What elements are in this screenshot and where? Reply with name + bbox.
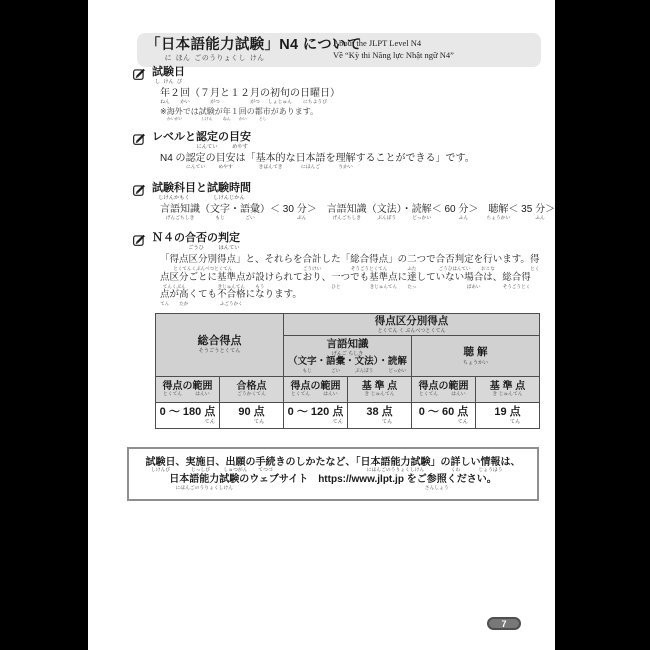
section-pass-fail: Ｎ４の合否ごうひの判定はんてい 「得点区分別得点とくてんくぶんべつとくてん」と、… [133, 232, 541, 307]
page: 「日に本ほん語ご能力のうりょく試し験けん」N4 について About the J… [88, 0, 555, 650]
page-number-badge: 7 [487, 617, 521, 630]
subtitle-vietnamese: Về “Kỳ thi Năng lực Nhật ngữ N4” [333, 49, 454, 61]
website-info-box: 試験日しけんび、実施日じっしび、出願しゅつがんの手続てつづきのしかたなど、「日本… [127, 447, 539, 501]
pencil-icon [133, 183, 146, 196]
section-title: 試験科目しけんかもくと試験時間しけんじかん [152, 182, 251, 201]
table-value-language-range: 0 ～ 120 点てん [284, 403, 348, 429]
page-title: 「日に本ほん語ご能力のうりょく試し験けん」N4 について [146, 37, 362, 62]
page-number: 7 [501, 619, 506, 629]
table-value-language-benchmark: 38 点てん [348, 403, 412, 429]
score-table: 総合得点そうごうとくてん 得点区分別得点とくてん く ぶんべつとくてん 言語知識… [155, 313, 540, 429]
table-subheader-score-range: 得点とくてんの範囲はんい [412, 377, 476, 403]
section-text: 「得点区分別得点とくてんくぶんべつとくてん」と、それらを合計ごうけいした「総合得… [160, 254, 541, 272]
section-note: ※海外かいがいでは試験しけんが年ねん１回かいの都市としがあります。 [160, 107, 541, 122]
table-subheader-passing-score: 合格点ごうかくてん [220, 377, 284, 403]
section-title: Ｎ４の合否ごうひの判定はんてい [152, 232, 240, 251]
section-text: 点区分てんくぶんごとに基準点きじゅんてんが設もうけられており、一ひとつでも基準点… [160, 272, 541, 290]
table-value-total-range: 0 ～ 180 点てん [156, 403, 220, 429]
section-exam-date: 試し験けん日び 年ねん２回かい（７月がつと１２月がつの初旬しょじゅんの日曜日にち… [133, 66, 541, 121]
section-title: 試し験けん日び [152, 66, 185, 85]
section-subjects-times: 試験科目しけんかもくと試験時間しけんじかん 言語知識げんごちしき（文字もじ・語彙… [133, 182, 541, 222]
table-header-score-breakdown: 得点区分別得点とくてん く ぶんべつとくてん [284, 314, 540, 336]
subtitle-english: About the JLPT Level N4 [333, 37, 454, 49]
pencil-icon [133, 67, 146, 80]
pencil-icon [133, 132, 146, 145]
page-title-box: 「日に本ほん語ご能力のうりょく試し験けん」N4 について About the J… [137, 33, 541, 67]
section-text: N4 の認定にんていの目安めやすは「基本的きほんてきな日本語にほんごを理解りかい… [160, 153, 541, 170]
note-line: 日本語能力試験にほんごのうりょくしけんのウェブサイト https://www.j… [169, 474, 496, 491]
table-header-language-knowledge: 言語知識げんご ちしき （文字もじ・語彙ごい・文法ぶんぽう）・読解どっかい [284, 336, 412, 377]
section-level-guideline: レベルと認定にんていの目安めやす N4 の認定にんていの目安めやすは「基本的きほ… [133, 131, 541, 171]
table-header-listening: 聴 解ちょうかい [412, 336, 540, 377]
table-subheader-benchmark-score: 基 準 点き じゅんてん [348, 377, 412, 403]
pencil-icon [133, 233, 146, 246]
table-header-total-score: 総合得点そうごうとくてん [156, 314, 284, 377]
section-text: 言語知識げんごちしき（文字もじ・語彙ごい）＜ 30 分ぷん＞ 言語知識げんごちし… [160, 204, 541, 221]
table-subheader-score-range: 得点とくてんの範囲はんい [156, 377, 220, 403]
scanned-book-page: 「日に本ほん語ご能力のうりょく試し験けん」N4 について About the J… [0, 0, 650, 650]
note-line: 試験日しけんび、実施日じっしび、出願しゅつがんの手続てつづきのしかたなど、「日本… [146, 457, 521, 474]
table-value-listening-range: 0 ～ 60 点てん [412, 403, 476, 429]
table-subheader-benchmark-score: 基 準 点き じゅんてん [476, 377, 540, 403]
table-value-passing-score: 90 点てん [220, 403, 284, 429]
page-subtitle: About the JLPT Level N4 Về “Kỳ thi Năng … [333, 37, 454, 62]
table-value-listening-benchmark: 19 点てん [476, 403, 540, 429]
section-title: レベルと認定にんていの目安めやす [152, 131, 251, 150]
section-text: 年ねん２回かい（７月がつと１２月がつの初旬しょじゅんの日曜日にちようび） [160, 88, 541, 105]
table-subheader-score-range: 得点とくてんの範囲はんい [284, 377, 348, 403]
section-text: 点てんが高たかくても不合格ふごうかくになります。 [160, 289, 541, 307]
